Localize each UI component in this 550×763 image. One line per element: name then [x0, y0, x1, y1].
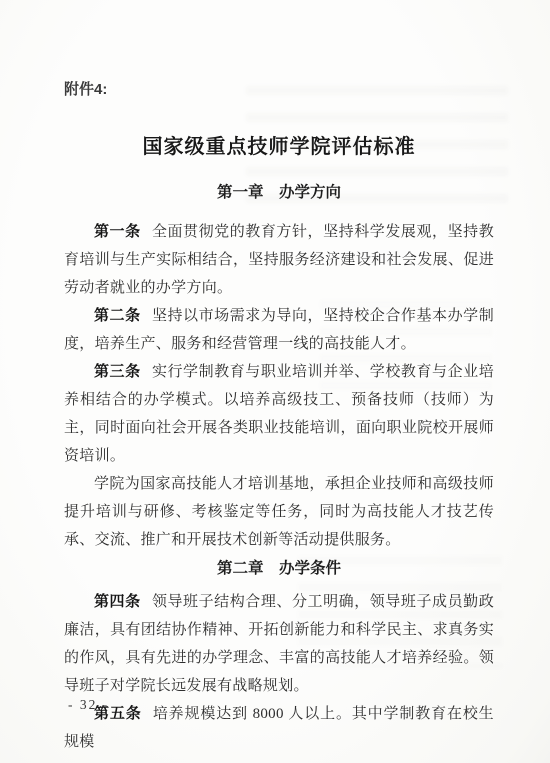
- article-2-label: 第二条: [94, 308, 141, 324]
- chapter-1-heading: 第一章 办学方向: [64, 182, 494, 204]
- article-3-supplement-text: 学院为国家高技能人才培训基地，承担企业技师和高级技师提升培训与研修、考核鉴定等任…: [64, 476, 494, 548]
- page-number: - 32 -: [68, 697, 109, 713]
- article-1-paragraph: 第一条全面贯彻党的教育方针，坚持科学发展观，坚持教育培训与生产实际相结合，坚持服…: [64, 218, 494, 302]
- article-4-label: 第四条: [94, 594, 141, 610]
- article-4-paragraph: 第四条领导班子结构合理、分工明确，领导班子成员勤政廉洁，具有团结协作精神、开拓创…: [64, 588, 494, 700]
- article-3-paragraph: 第三条实行学制教育与职业培训并举、学校教育与企业培养相结合的办学模式。以培养高级…: [64, 358, 494, 470]
- document-page: 附件4: 国家级重点技师学院评估标准 第一章 办学方向 第一条全面贯彻党的教育方…: [0, 0, 550, 763]
- chapter-2-heading: 第二章 办学条件: [64, 558, 494, 580]
- article-5-paragraph: 第五条培养规模达到 8000 人以上。其中学制教育在校生规模: [64, 700, 494, 756]
- article-2-paragraph: 第二条坚持以市场需求为导向，坚持校企合作基本办学制度，培养生产、服务和经营管理一…: [64, 302, 494, 358]
- article-1-label: 第一条: [94, 224, 141, 240]
- article-3-label: 第三条: [94, 364, 141, 380]
- attachment-label: 附件4:: [64, 80, 494, 100]
- article-3-supplement-paragraph: 学院为国家高技能人才培训基地，承担企业技师和高级技师提升培训与研修、考核鉴定等任…: [64, 470, 494, 554]
- document-title: 国家级重点技师学院评估标准: [64, 132, 494, 162]
